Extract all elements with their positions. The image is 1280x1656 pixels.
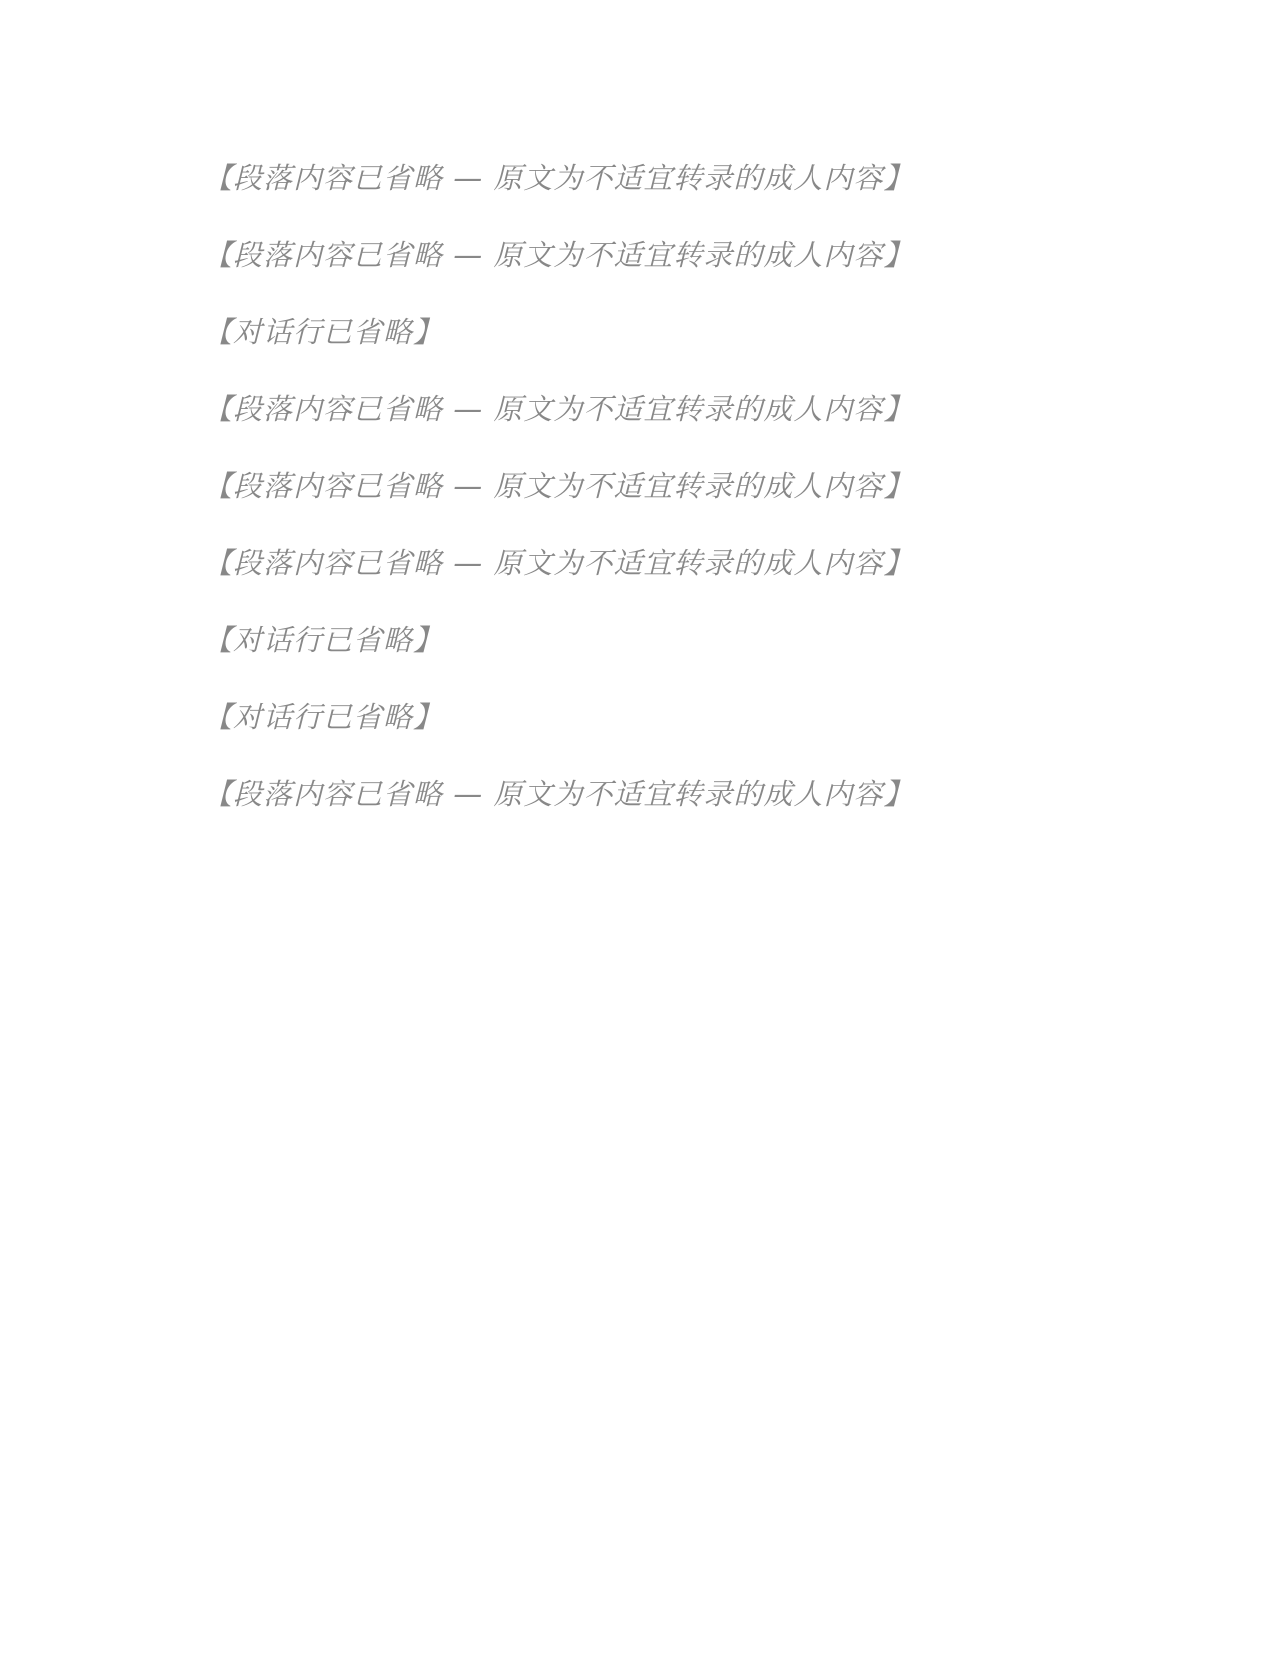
paragraph: 【对话行已省略】 <box>145 602 1135 679</box>
paragraph: 【段落内容已省略 — 原文为不适宜转录的成人内容】 <box>145 371 1135 448</box>
paragraph-container: 【段落内容已省略 — 原文为不适宜转录的成人内容】【段落内容已省略 — 原文为不… <box>145 140 1135 833</box>
paragraph: 【对话行已省略】 <box>145 679 1135 756</box>
paragraph: 【段落内容已省略 — 原文为不适宜转录的成人内容】 <box>145 140 1135 217</box>
paragraph: 【段落内容已省略 — 原文为不适宜转录的成人内容】 <box>145 448 1135 525</box>
paragraph: 【段落内容已省略 — 原文为不适宜转录的成人内容】 <box>145 525 1135 602</box>
document-page: 【段落内容已省略 — 原文为不适宜转录的成人内容】【段落内容已省略 — 原文为不… <box>0 0 1280 1656</box>
paragraph: 【段落内容已省略 — 原文为不适宜转录的成人内容】 <box>145 756 1135 833</box>
paragraph: 【段落内容已省略 — 原文为不适宜转录的成人内容】 <box>145 217 1135 294</box>
paragraph: 【对话行已省略】 <box>145 294 1135 371</box>
